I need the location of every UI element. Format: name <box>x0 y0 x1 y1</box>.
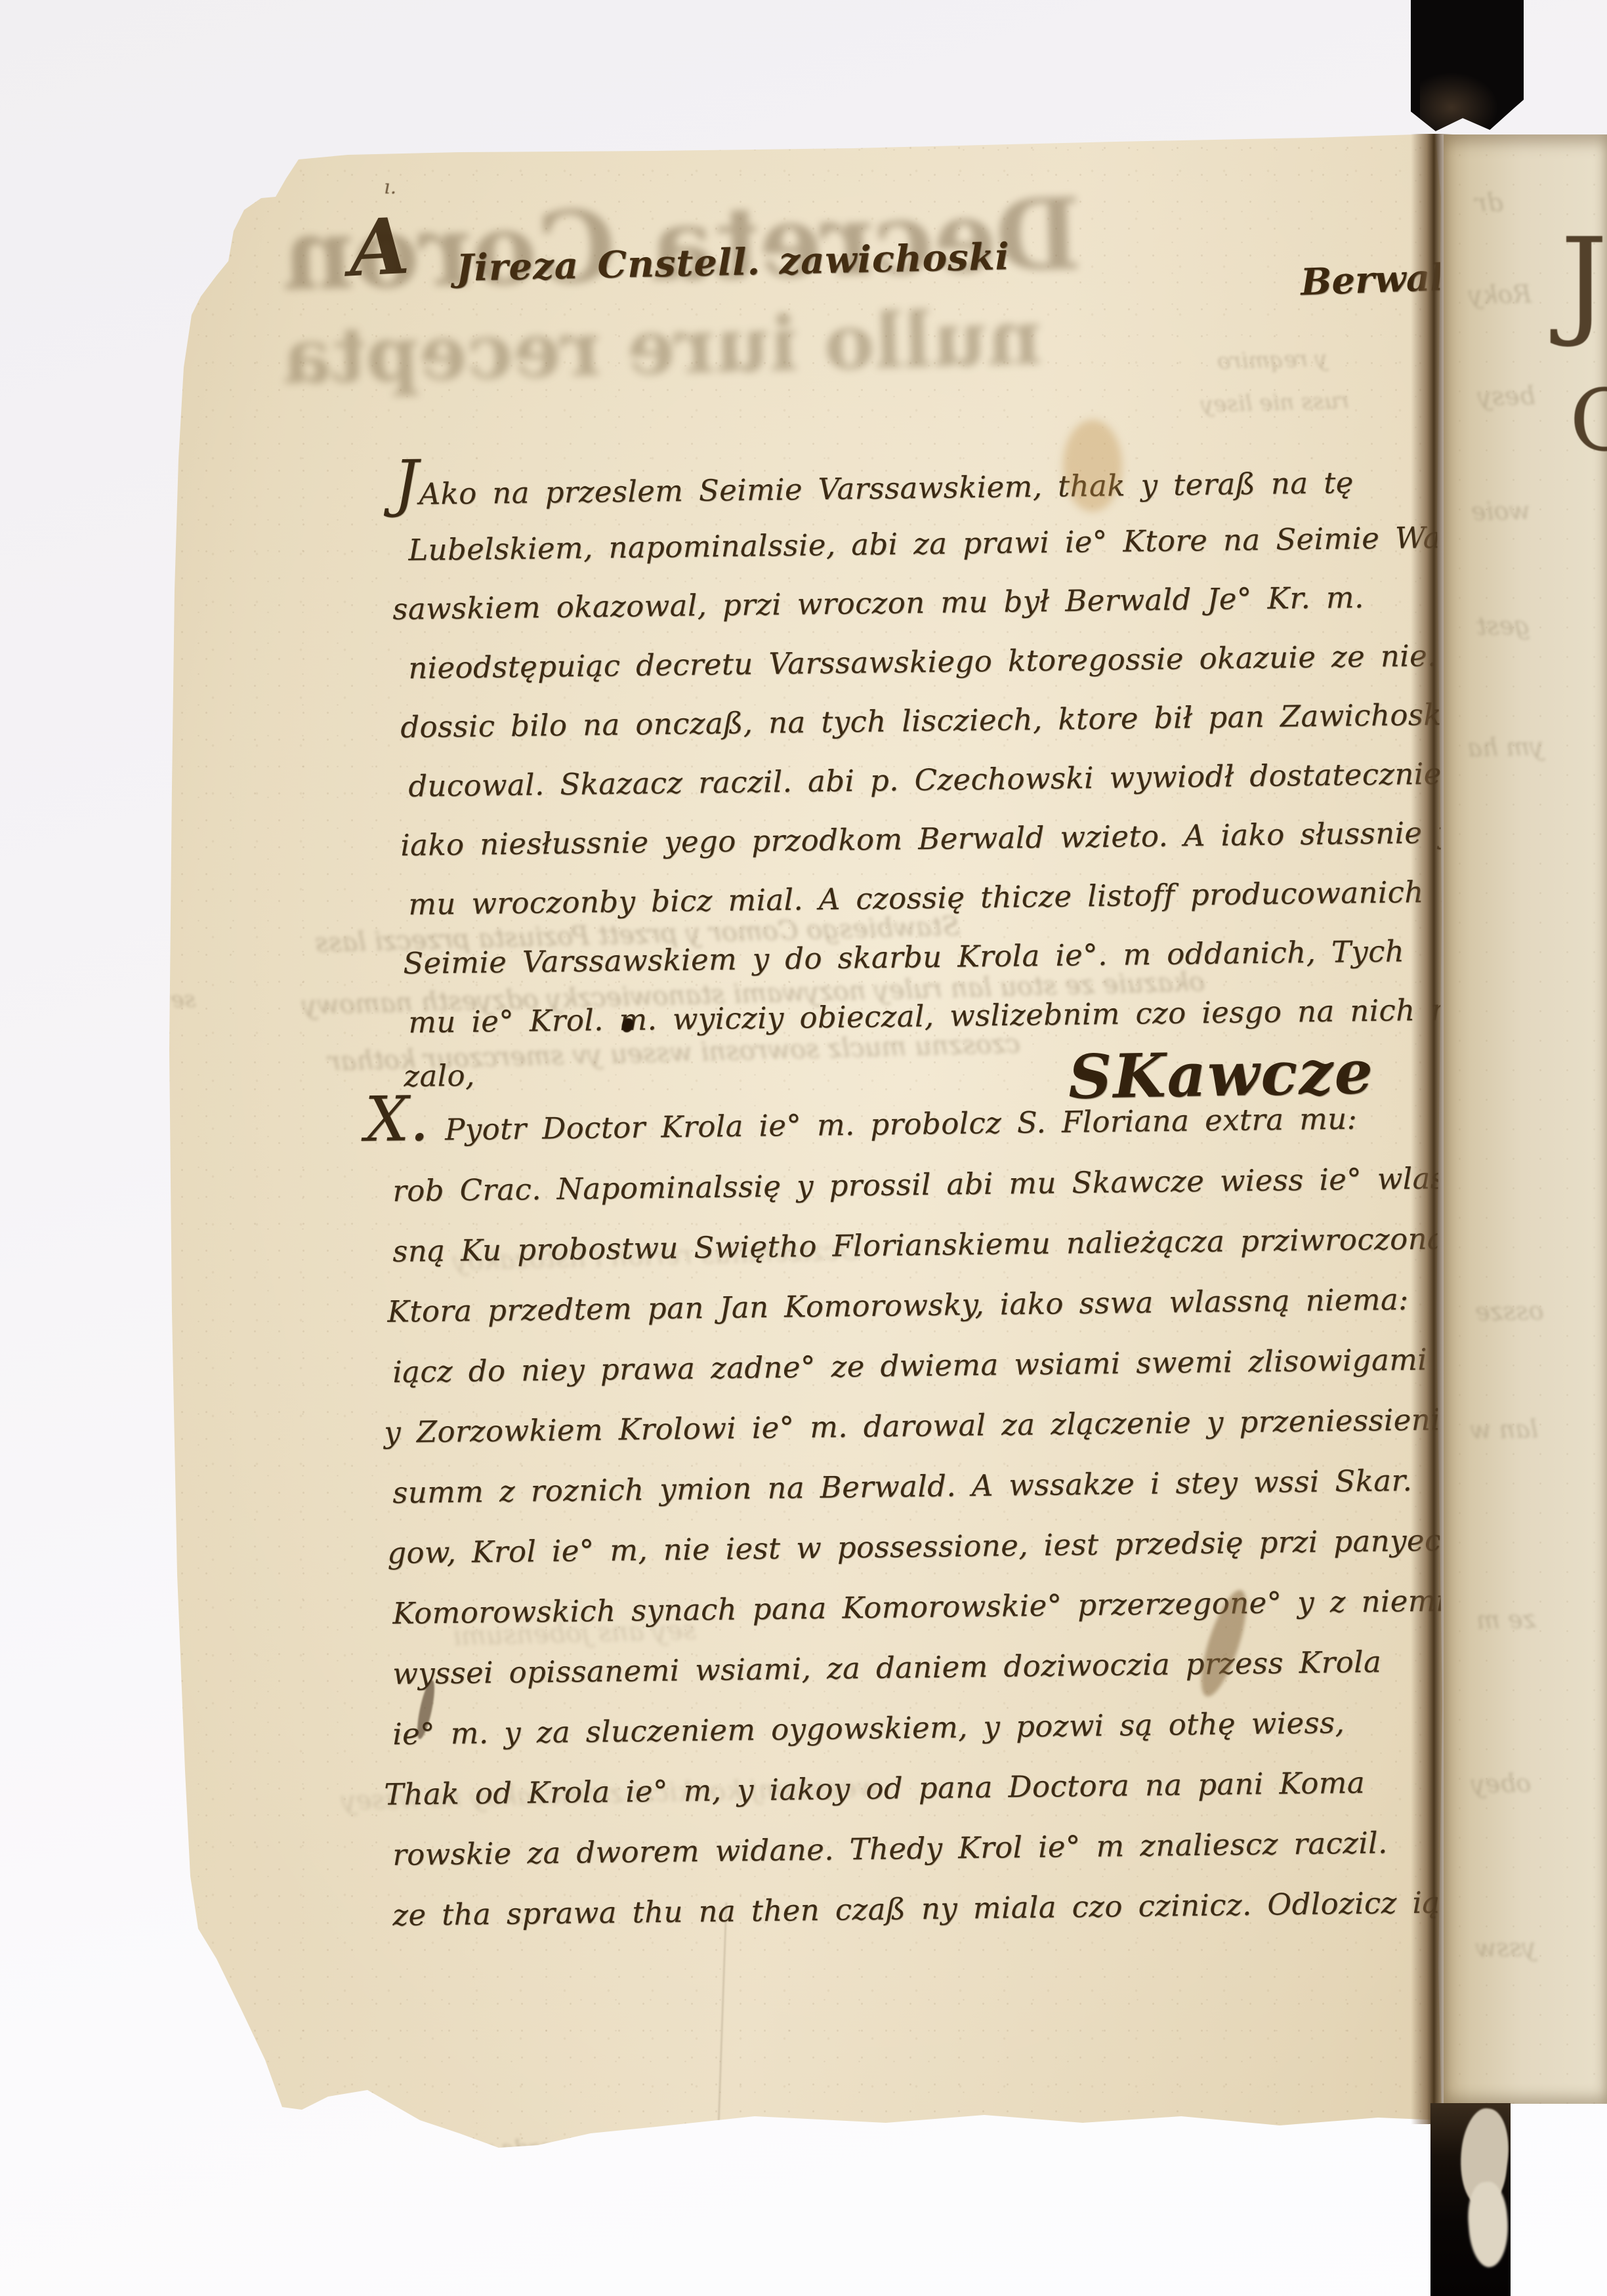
stain <box>1063 420 1122 512</box>
text-line: X. Pyotr Doctor Krola ie° m. probolcz S.… <box>365 1103 1357 1147</box>
text-line: Ktora przedtem pan Jan Komorowsky, iako … <box>387 1284 1409 1327</box>
facing-ghost-line: ossze <box>1475 1298 1544 1324</box>
ghost-margin-fragment: y reqmiro <box>1217 348 1328 373</box>
text-line: rob Crac. Napominalssię y prossil abi mu… <box>392 1162 1455 1206</box>
facing-ink-mark: J <box>1560 213 1607 350</box>
ghost-verso-title-2: nullo iure recepta <box>282 300 1043 395</box>
text-line: gow, Krol ie° m, nie iest w possessione,… <box>387 1525 1461 1568</box>
text-line: ie° m. y za sluczeniem oygowskiem, y poz… <box>392 1707 1345 1750</box>
binding-strip-bottom <box>1430 2103 1511 2296</box>
text-line: sną Ku probostwu Swiętho Florianskiemu n… <box>392 1222 1524 1267</box>
facing-ink-mark: O <box>1570 371 1607 470</box>
text-line: Lubelskiem, napominalssie, abi za prawi … <box>408 522 1480 565</box>
text-line: sawskiem okazowal, przi wroczon mu był B… <box>392 582 1364 625</box>
binding-strip-top <box>1411 0 1524 131</box>
facing-page: dr Roky besy woie gest ym ha ossze lan w… <box>1444 134 1607 2104</box>
text-line: iącz do niey prawa zadne° ze dwiema wsia… <box>392 1344 1427 1388</box>
facing-ghost-line: obey <box>1471 1771 1532 1797</box>
text-line: Komorowskich synach pana Komorowskie° pr… <box>392 1585 1446 1629</box>
text-line: Thak od Krola ie° m, y iakoy od pana Doc… <box>384 1767 1365 1811</box>
facing-ghost-line: dr <box>1475 190 1503 216</box>
facing-ghost-line: Roky <box>1469 281 1532 308</box>
paper-debris <box>1465 2181 1511 2269</box>
text-line: ducowal. Skazacz raczil. abi p. Czechows… <box>408 758 1459 802</box>
facing-ghost-line: gest <box>1476 613 1530 638</box>
text-line: summ z roznich ymion na Berwald. A wssak… <box>392 1465 1412 1508</box>
header-initial: A <box>347 207 411 288</box>
section-heading-skawcze: SKawcze <box>1068 1042 1375 1107</box>
manuscript-page: Decreta Coron nullo iure recepta Stawbie… <box>0 0 1607 2296</box>
header-title: Jireza Cnstell. zawichoski <box>456 238 1011 287</box>
facing-ghost-line: besy <box>1478 383 1535 409</box>
text-line: y Zorzowkiem Krolowi ie° m. darowal za z… <box>384 1404 1458 1448</box>
text-line: mu wroczonby bicz mial. A czossię thicze… <box>408 876 1476 920</box>
small-ink-mark: ı. <box>384 176 396 199</box>
facing-ghost-line: yssw <box>1475 1935 1537 1961</box>
facing-ghost-line: ym ha <box>1467 734 1544 760</box>
text-line: rowskie za dworem widane. Thedy Krol ie°… <box>392 1827 1388 1870</box>
text-line: JAko na przeslem Seimie Varssawskiem, th… <box>394 467 1354 510</box>
paper-crease <box>718 1902 727 2125</box>
text-line: nieodstępuiąc decretu Varssawskiego ktor… <box>408 640 1437 684</box>
facing-ghost-line: ze m <box>1476 1607 1536 1633</box>
ghost-margin-fragment: russ nie lisey <box>1201 390 1350 416</box>
text-line: iako niesłussnie yego przodkom Berwald w… <box>400 816 1510 861</box>
facing-ghost-line: lan w <box>1470 1416 1539 1443</box>
facing-ghost-line: woie <box>1471 498 1531 524</box>
text-line: ze tha sprawa thu na then czaß ny miala … <box>392 1887 1440 1931</box>
text-line: dossic bilo na onczaß, na tych liscziech… <box>400 698 1526 743</box>
